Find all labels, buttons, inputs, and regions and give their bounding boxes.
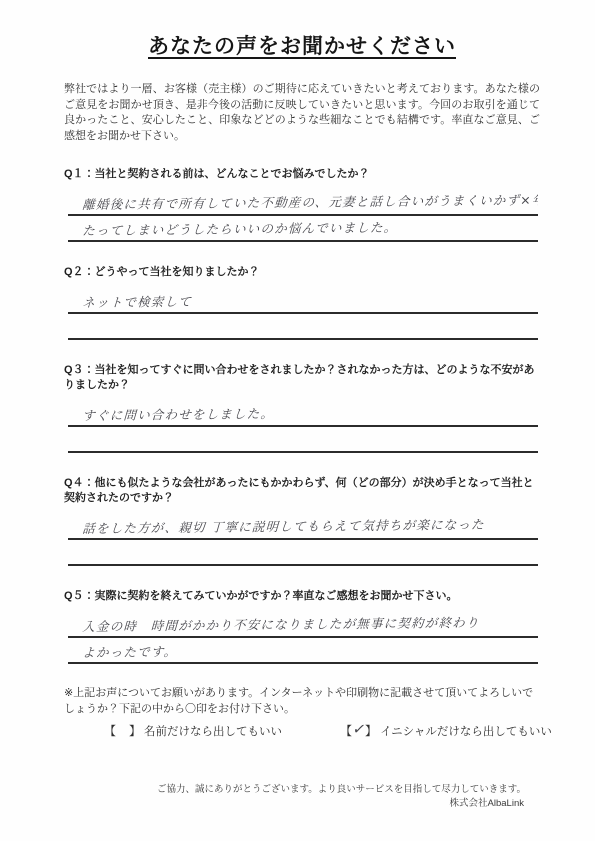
answer-line: たってしまいどうしたらいいのか悩んでいました。 [68,216,538,242]
question-label-q3: Q３：当社を知ってすぐに問い合わせをされましたか？されなかった方は、どのような不… [64,363,540,393]
question-block-q1: Q１：当社と契約される前は、どんなことでお悩みでしたか？ 離婚後に共有で所有して… [64,167,540,242]
intro-paragraph: 弊社ではより一層、お客様（売主様）のご期待に応えていきたいと考えております。あな… [64,82,540,144]
footer: ご協力、誠にありがとうございます。より良いサービスを目指して尽力していきます。 … [64,783,540,811]
answer-line: すぐに問い合わせをしました。 [68,401,538,427]
page-title: あなたの声をお聞かせください [64,30,540,60]
answer-area-q4: 話をした方が、親切 丁寧に説明してもらえて気持ちが楽になった [64,514,540,566]
answer-area-q5: 入金の時 時間がかかり不安になりましたが無事に契約が終わり よかったです。 [64,612,540,664]
handwritten-answer: 入金の時 時間がかかり不安になりましたが無事に契約が終わり [82,613,480,635]
answer-area-q2: ネットで検索して [64,288,540,340]
answer-line: ネットで検索して [68,288,538,314]
question-label-q2: Q２：どうやって当社を知りましたか？ [64,265,540,280]
answer-line: 話をした方が、親切 丁寧に説明してもらえて気持ちが楽になった [68,514,538,540]
footer-thanks: ご協力、誠にありがとうございます。より良いサービスを目指して尽力していきます。 [64,783,526,797]
consent-option-label: イニシャルだけなら出してもいい [380,723,552,739]
question-block-q2: Q２：どうやって当社を知りましたか？ ネットで検索して [64,265,540,340]
answer-line [68,427,538,453]
bracket-close: 】 [365,722,377,739]
company-name: 株式会社AlbaLink [64,797,526,811]
consent-section: ※上記お声についてお願いがあります。インターネットや印刷物に記載させて頂いてよろ… [64,686,540,739]
question-block-q3: Q３：当社を知ってすぐに問い合わせをされましたか？されなかった方は、どのような不… [64,363,540,453]
handwritten-answer: 話をした方が、親切 丁寧に説明してもらえて気持ちが楽になった [82,515,485,537]
question-label-q5: Q５：実際に契約を終えてみていかがですか？率直なご感想をお聞かせ下さい。 [64,589,540,604]
consent-note: ※上記お声についてお願いがあります。インターネットや印刷物に記載させて頂いてよろ… [64,686,540,717]
question-label-q4: Q４：他にも似たような会社があったにもかかわらず、何（どの部分）が決め手となって… [64,476,540,506]
answer-line [68,314,538,340]
consent-option-initial: 【 ✓ 】 イニシャルだけなら出してもいい [340,722,552,739]
handwritten-answer: よかったです。 [82,642,178,661]
handwritten-answer: ネットで検索して [82,292,192,311]
handwritten-answer: すぐに問い合わせをしました。 [82,404,275,424]
consent-option-label: 名前だけなら出してもいい [144,723,282,739]
answer-line: 離婚後に共有で所有していた不動産の、元妻と話し合いがうまくいかず×年が [68,190,538,216]
handwritten-answer: 離婚後に共有で所有していた不動産の、元妻と話し合いがうまくいかず×年が [82,190,538,213]
survey-form-page: あなたの声をお聞かせください 弊社ではより一層、お客様（売主様）のご期待に応えて… [0,0,595,841]
handwritten-answer: たってしまいどうしたらいいのか悩んでいました。 [82,218,398,239]
consent-options: 【 】 名前だけなら出してもいい 【 ✓ 】 イニシャルだけなら出してもいい [64,722,540,739]
consent-option-name: 【 】 名前だけなら出してもいい [104,722,282,739]
question-block-q4: Q４：他にも似たような会社があったにもかかわらず、何（どの部分）が決め手となって… [64,476,540,566]
bracket-open: 【 [104,722,116,739]
answer-line: よかったです。 [68,638,538,664]
bracket-close: 】 [129,722,141,739]
question-block-q5: Q５：実際に契約を終えてみていかがですか？率直なご感想をお聞かせ下さい。 入金の… [64,589,540,664]
answer-area-q3: すぐに問い合わせをしました。 [64,401,540,453]
answer-line: 入金の時 時間がかかり不安になりましたが無事に契約が終わり [68,612,538,638]
question-label-q1: Q１：当社と契約される前は、どんなことでお悩みでしたか？ [64,167,540,182]
answer-area-q1: 離婚後に共有で所有していた不動産の、元妻と話し合いがうまくいかず×年が たってし… [64,190,540,242]
answer-line [68,540,538,566]
